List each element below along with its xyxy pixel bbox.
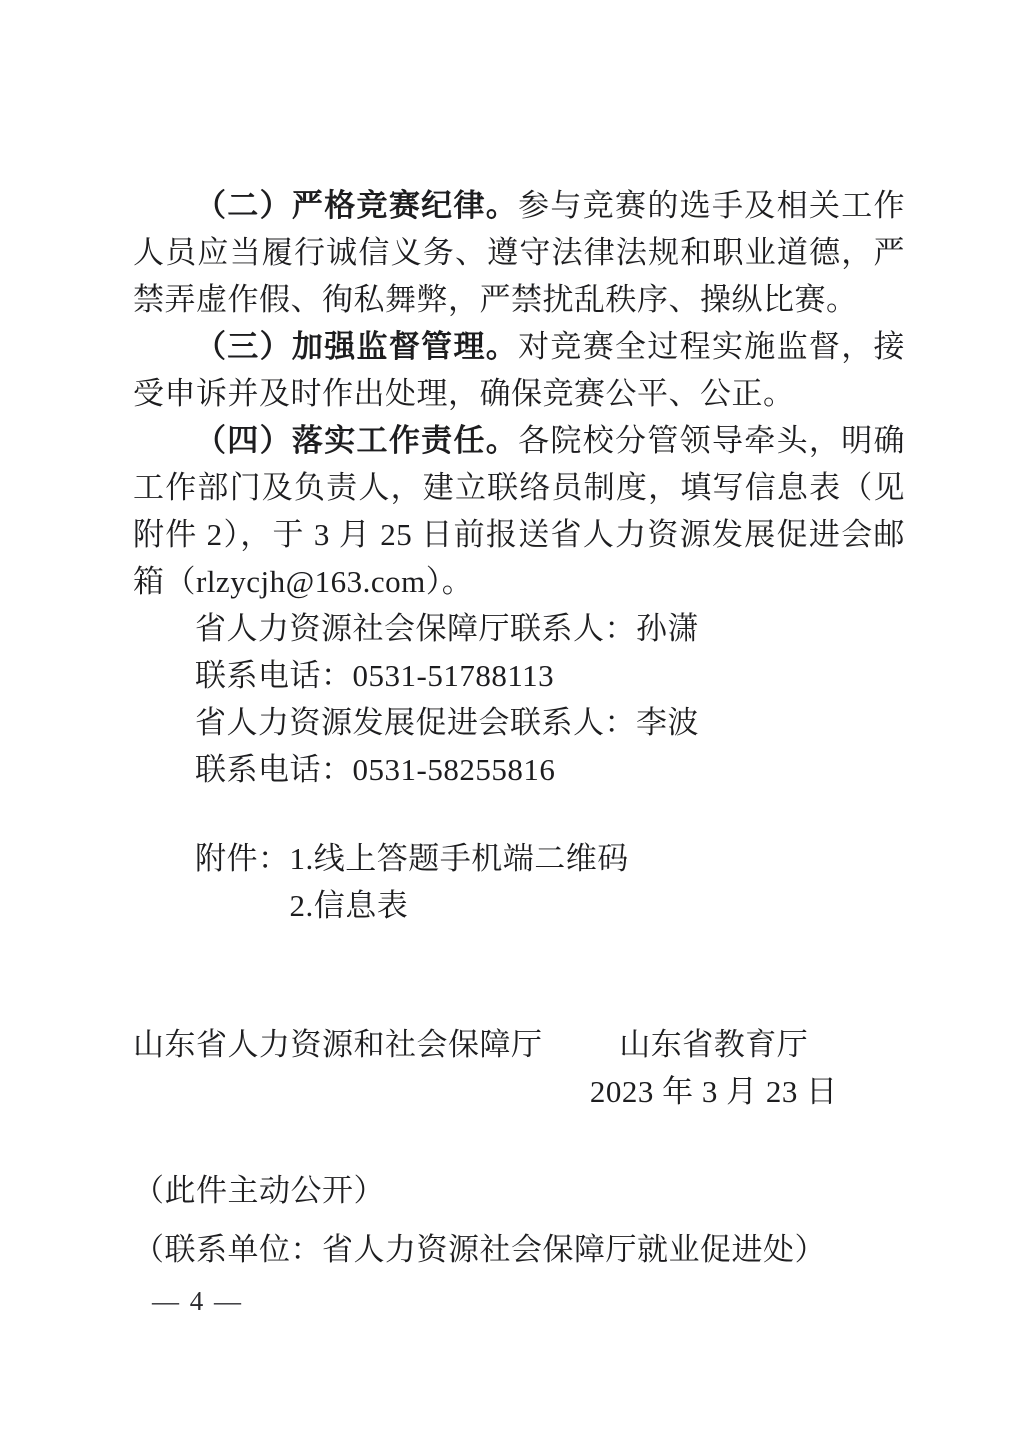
signature-block: 山东省人力资源和社会保障厅 山东省教育厅 2023 年 3 月 23 日 <box>133 1021 905 1115</box>
page-number: — 4 — <box>152 1286 243 1317</box>
note-contact-unit: （联系单位：省人力资源社会保障厅就业促进处） <box>133 1226 905 1273</box>
document-page: （二）严格竞赛纪律。参与竞赛的选手及相关工作人员应当履行诚信义务、遵守法律法规和… <box>0 0 1024 1448</box>
signature-date: 2023 年 3 月 23 日 <box>543 1068 886 1115</box>
paragraph-supervision-lead: （三）加强监督管理。 <box>195 329 518 364</box>
document-body: （二）严格竞赛纪律。参与竞赛的选手及相关工作人员应当履行诚信义务、遵守法律法规和… <box>133 182 905 1273</box>
contact-phone-promotion: 联系电话：0531-58255816 <box>133 746 905 793</box>
attachment-item-qrcode: 1.线上答题手机端二维码 <box>290 835 629 882</box>
note-public-disclosure: （此件主动公开） <box>133 1167 905 1214</box>
signature-org-right: 山东省教育厅 <box>543 1021 886 1068</box>
signature-org-left: 山东省人力资源和社会保障厅 <box>133 1021 543 1068</box>
paragraph-discipline: （二）严格竞赛纪律。参与竞赛的选手及相关工作人员应当履行诚信义务、遵守法律法规和… <box>133 182 905 323</box>
paragraph-discipline-lead: （二）严格竞赛纪律。 <box>195 188 518 223</box>
contact-person-promotion: 省人力资源发展促进会联系人：李波 <box>133 699 905 746</box>
footer-notes: （此件主动公开） （联系单位：省人力资源社会保障厅就业促进处） <box>133 1167 905 1273</box>
paragraph-responsibility: （四）落实工作责任。各院校分管领导牵头，明确工作部门及负责人，建立联络员制度，填… <box>133 417 905 605</box>
paragraph-supervision: （三）加强监督管理。对竞赛全过程实施监督，接受申诉并及时作出处理，确保竞赛公平、… <box>133 323 905 417</box>
contact-phone-hrss: 联系电话：0531-51788113 <box>133 652 905 699</box>
attachments-list: 1.线上答题手机端二维码 2.信息表 <box>290 835 629 929</box>
contact-person-hrss: 省人力资源社会保障厅联系人：孙潇 <box>133 605 905 652</box>
signature-right-column: 山东省教育厅 2023 年 3 月 23 日 <box>543 1021 886 1115</box>
attachments-block: 附件： 1.线上答题手机端二维码 2.信息表 <box>133 835 905 929</box>
attachments-label: 附件： <box>195 835 290 882</box>
attachment-item-infotable: 2.信息表 <box>290 882 629 929</box>
paragraph-responsibility-lead: （四）落实工作责任。 <box>195 423 518 458</box>
